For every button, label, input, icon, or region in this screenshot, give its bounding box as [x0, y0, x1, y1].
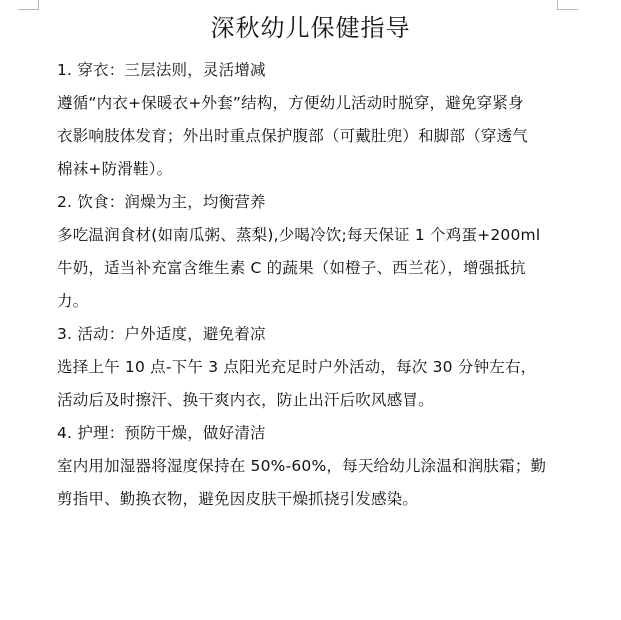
section-clothing: 1. 穿衣：三层法则，灵活增减 遵循“内衣+保暖衣+外套”结构，方便幼儿活动时脱… — [57, 54, 577, 186]
section-care: 4. 护理：预防干燥，做好清洁 室内用加湿器将湿度保持在 50%-60%，每天给… — [57, 417, 577, 516]
paragraph-line: 选择上午 10 点-下午 3 点阳光充足时户外活动，每次 30 分钟左右， — [57, 351, 577, 384]
paragraph-line: 活动后及时擦汗、换干爽内衣，防止出汗后吹风感冒。 — [57, 384, 577, 417]
document-title: 深秋幼儿保健指导 — [0, 12, 621, 44]
paragraph-line: 室内用加湿器将湿度保持在 50%-60%，每天给幼儿涂温和润肤霜；勤 — [57, 450, 577, 483]
document-body: 1. 穿衣：三层法则，灵活增减 遵循“内衣+保暖衣+外套”结构，方便幼儿活动时脱… — [57, 54, 577, 516]
page-corner-mark-top-right — [557, 0, 578, 10]
section-heading: 4. 护理：预防干燥，做好清洁 — [57, 417, 577, 450]
paragraph-line: 力。 — [57, 285, 577, 318]
section-heading: 3. 活动：户外适度，避免着凉 — [57, 318, 577, 351]
page-corner-mark-top-left — [18, 0, 39, 10]
section-activity: 3. 活动：户外适度，避免着凉 选择上午 10 点-下午 3 点阳光充足时户外活… — [57, 318, 577, 417]
paragraph-line: 多吃温润食材(如南瓜粥、蒸梨),少喝冷饮;每天保证 1 个鸡蛋+200ml — [57, 219, 577, 252]
paragraph-line: 牛奶，适当补充富含维生素 C 的蔬果（如橙子、西兰花），增强抵抗 — [57, 252, 577, 285]
paragraph-line: 棉袜+防滑鞋）。 — [57, 153, 577, 186]
paragraph-line: 衣影响肢体发育；外出时重点保护腹部（可戴肚兜）和脚部（穿透气 — [57, 120, 577, 153]
section-heading: 2. 饮食：润燥为主，均衡营养 — [57, 186, 577, 219]
section-heading: 1. 穿衣：三层法则，灵活增减 — [57, 54, 577, 87]
paragraph-line: 遵循“内衣+保暖衣+外套”结构，方便幼儿活动时脱穿，避免穿紧身 — [57, 87, 577, 120]
paragraph-line: 剪指甲、勤换衣物，避免因皮肤干燥抓挠引发感染。 — [57, 483, 577, 516]
section-diet: 2. 饮食：润燥为主，均衡营养 多吃温润食材(如南瓜粥、蒸梨),少喝冷饮;每天保… — [57, 186, 577, 318]
